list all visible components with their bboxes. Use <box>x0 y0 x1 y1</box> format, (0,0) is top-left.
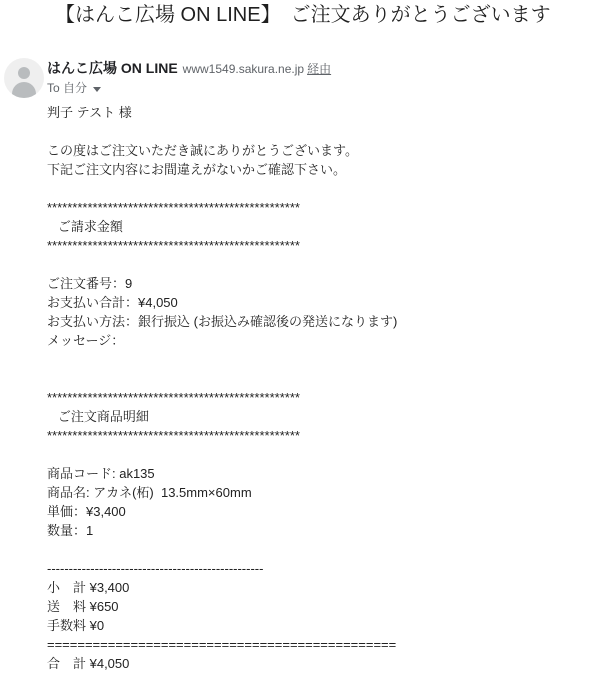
email-view: 【はんこ広場 ON LINE】 ご注文ありがとうございます はんこ広場 ON L… <box>0 0 594 686</box>
header-meta: はんこ広場 ON LINEwww1549.sakura.ne.jp経由 To 自… <box>47 58 331 97</box>
person-icon-body <box>12 82 36 98</box>
sender-row: はんこ広場 ON LINEwww1549.sakura.ne.jp経由 <box>47 60 331 78</box>
chevron-down-icon[interactable] <box>93 87 101 92</box>
to-label: To 自分 <box>47 81 87 96</box>
email-body: 判子 テスト 様 この度はご注文いただき誠にありがとうございます。 下記ご注文内… <box>47 103 584 673</box>
email-header: はんこ広場 ON LINEwww1549.sakura.ne.jp経由 To 自… <box>4 58 594 98</box>
via-label: 経由 <box>307 62 331 76</box>
sender-name: はんこ広場 ON LINE <box>47 60 178 76</box>
recipient-details-toggle[interactable]: To 自分 <box>47 81 101 96</box>
avatar[interactable] <box>4 58 44 98</box>
sender-domain: www1549.sakura.ne.jp <box>183 62 304 76</box>
person-icon <box>18 67 30 79</box>
email-subject: 【はんこ広場 ON LINE】 ご注文ありがとうございます <box>55 0 577 30</box>
